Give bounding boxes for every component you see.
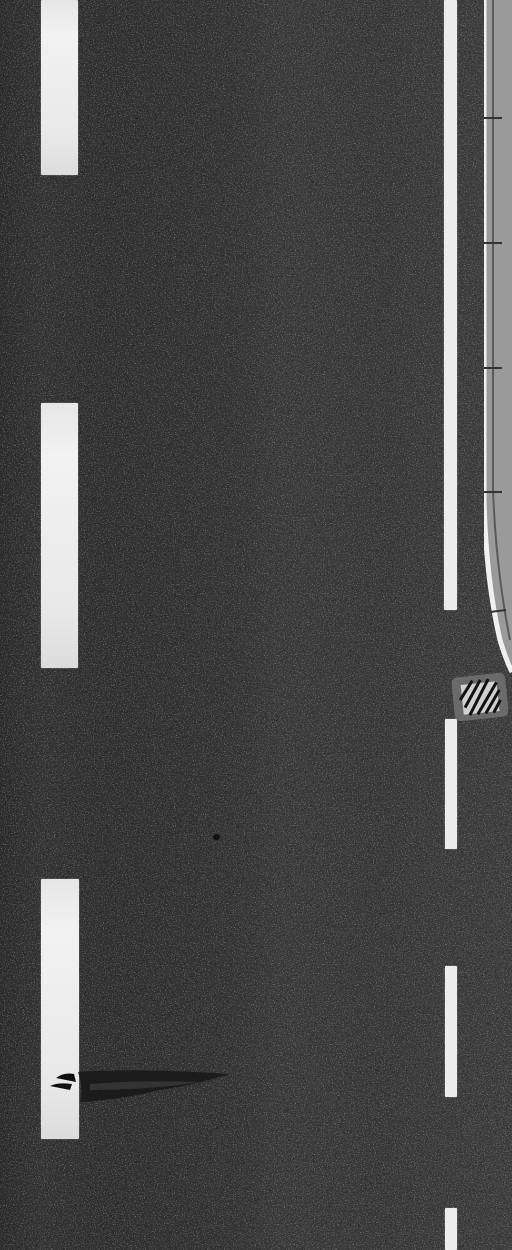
lane-marking — [445, 1208, 457, 1250]
oil-stain — [50, 1060, 240, 1110]
lane-marking — [444, 0, 457, 610]
lane-marking — [445, 966, 457, 1097]
aerial-road-image — [0, 0, 512, 1250]
curb — [484, 0, 512, 1250]
lane-marking — [41, 0, 78, 175]
lane-marking — [445, 719, 457, 849]
drain-grate — [452, 672, 508, 722]
road-spot — [213, 834, 220, 840]
lane-marking — [41, 403, 78, 668]
